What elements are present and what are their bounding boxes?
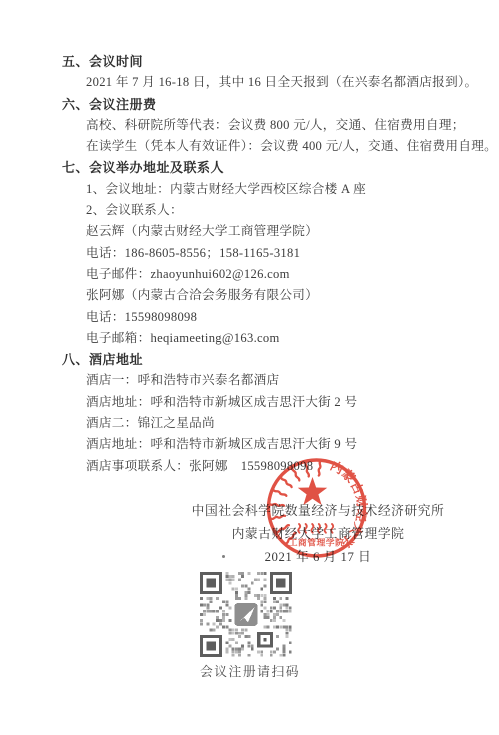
body-line: 酒店地址：呼和浩特市新城区成吉思汗大街 9 号 <box>0 434 499 455</box>
section-heading-hotel-address: 八、酒店地址 <box>0 349 499 370</box>
document-body: 五、会议时间 2021 年 7 月 16-18 日，其中 16 日全天报到（在兴… <box>0 51 499 477</box>
body-line-email: 电子邮件：zhaoyunhui602@126.com <box>0 264 499 285</box>
body-line: 在读学生（凭本人有效证件）：会议费 400 元/人，交通、住宿费用自理。 <box>0 136 499 157</box>
section-heading-venue-contacts: 七、会议举办地址及联系人 <box>0 157 499 178</box>
document-page: 五、会议时间 2021 年 7 月 16-18 日，其中 16 日全天报到（在兴… <box>0 0 499 735</box>
body-line: 高校、科研院所等代表：会议费 800 元/人，交通、住宿费用自理； <box>0 115 499 136</box>
body-line: 张阿娜（内蒙古合洽会务服务有限公司） <box>0 285 499 306</box>
qr-caption: 会议注册请扫码 <box>150 661 350 680</box>
body-line: 2、会议联系人： <box>0 200 499 221</box>
seal-star-icon <box>298 477 327 505</box>
seal-bottom-text: 工商管理学院 <box>289 537 345 548</box>
scan-speck <box>222 555 225 558</box>
body-line: 2021 年 7 月 16-18 日，其中 16 日全天报到（在兴泰名都酒店报到… <box>0 72 499 93</box>
qr-code <box>200 572 292 657</box>
official-seal: 内蒙古财经大学 工商管理学院 <box>265 456 368 560</box>
seal-mongolian-row <box>298 524 333 533</box>
body-line: 酒店二：锦江之星品尚 <box>0 413 499 434</box>
section-heading-registration-fee: 六、会议注册费 <box>0 94 499 115</box>
body-line-email: 电子邮箱：heqiameeting@163.com <box>0 328 499 349</box>
section-heading-meeting-time: 五、会议时间 <box>0 51 499 72</box>
body-line: 电话：15598098098 <box>0 307 499 328</box>
body-line: 酒店地址：呼和浩特市新城区成吉思汗大街 2 号 <box>0 392 499 413</box>
body-line: 1、会议地址：内蒙古财经大学西校区综合楼 A 座 <box>0 179 499 200</box>
body-line: 酒店一：呼和浩特市兴泰名都酒店 <box>0 370 499 391</box>
body-line: 赵云辉（内蒙古财经大学工商管理学院） <box>0 221 499 242</box>
body-line: 酒店事项联系人：张阿娜 15598098098 <box>0 456 499 477</box>
seal-mongolian-script <box>270 461 321 544</box>
body-line: 电话：186-8605-8556；158-1165-3181 <box>0 243 499 264</box>
